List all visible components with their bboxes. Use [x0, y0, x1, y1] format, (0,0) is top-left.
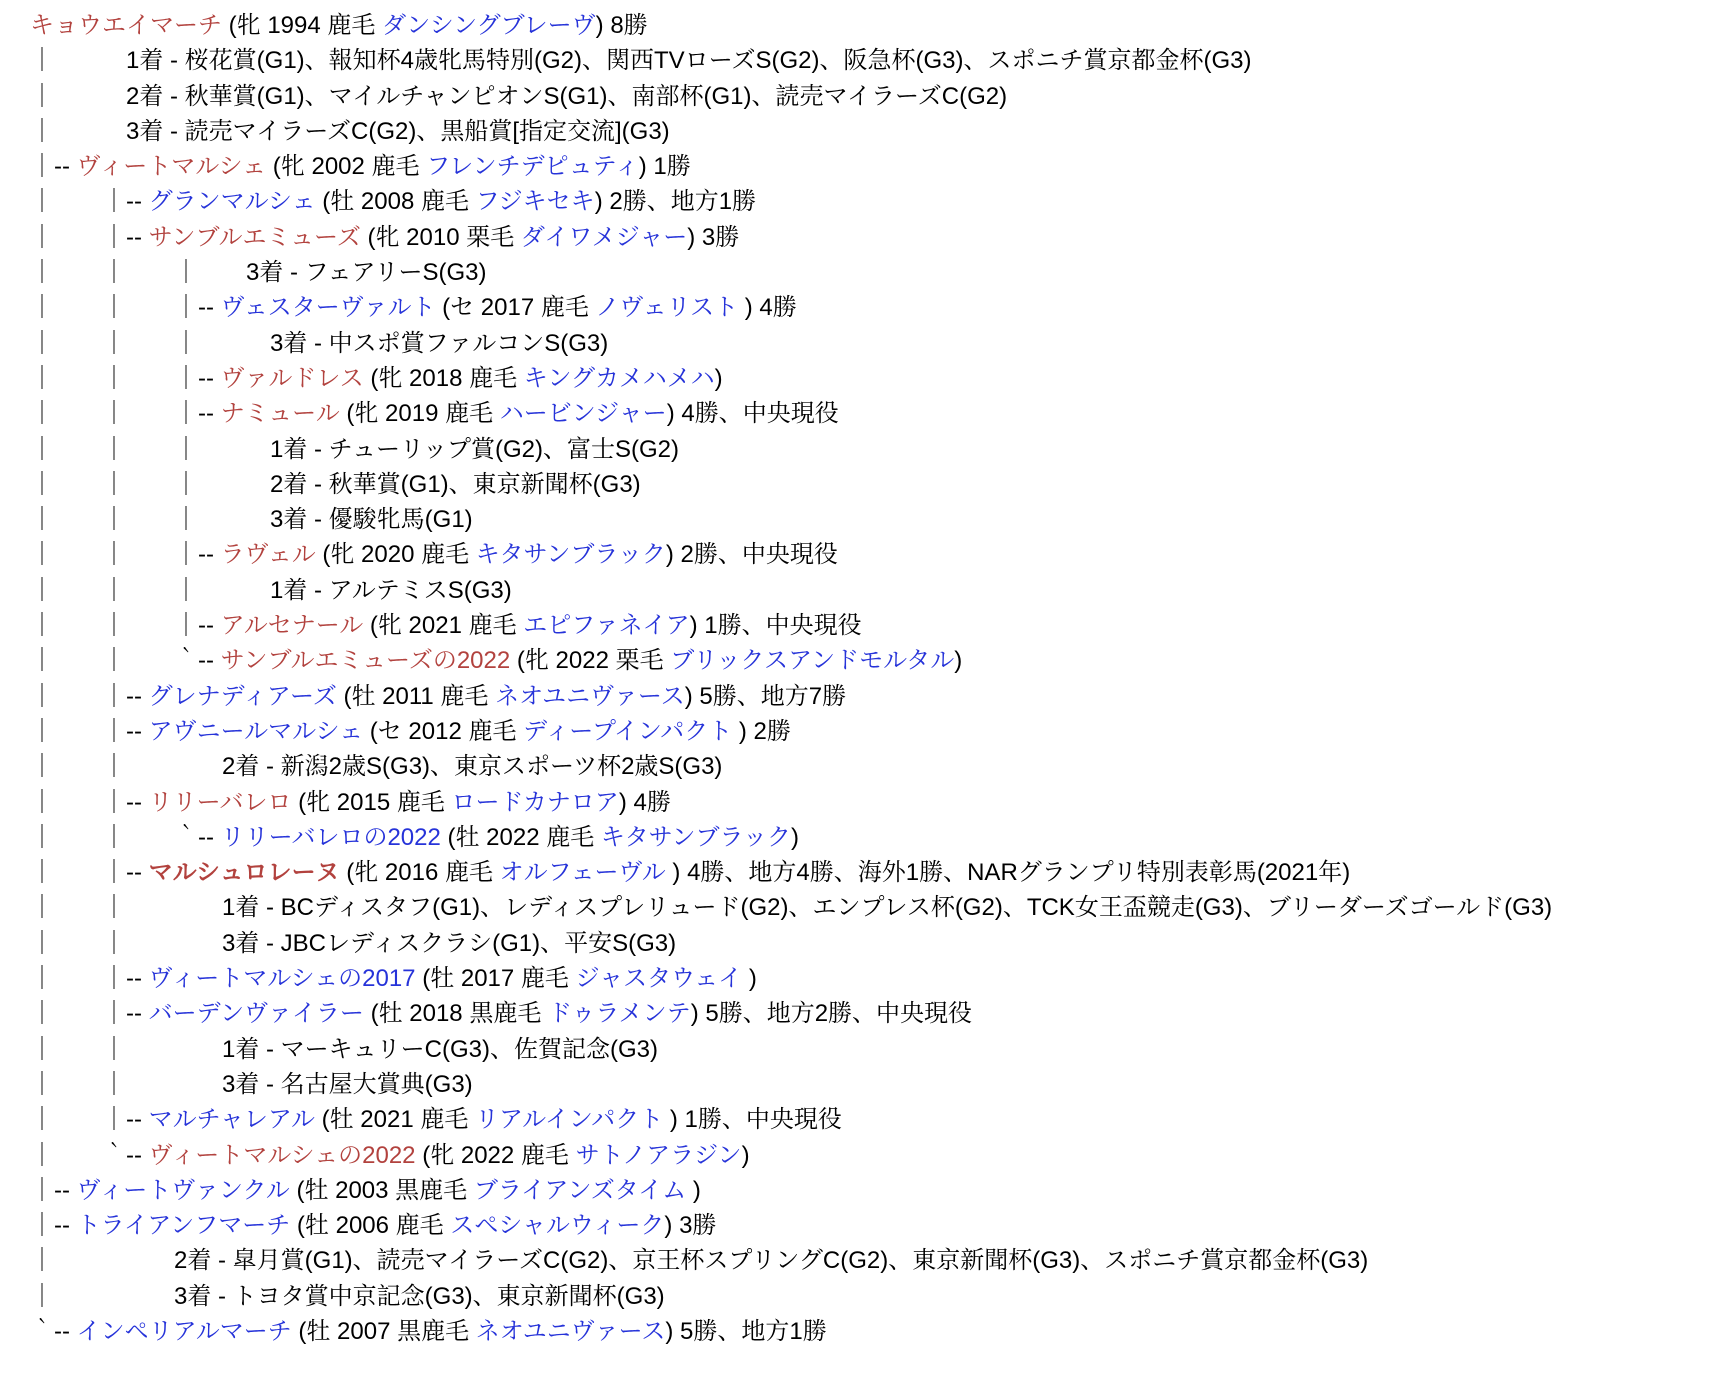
- tree-prefix: ｜ ｜--: [30, 1106, 149, 1133]
- horse-details: (牝 2022 鹿毛: [416, 1142, 576, 1169]
- horse-redlink[interactable]: ラヴェル: [221, 541, 316, 568]
- horse-link[interactable]: ネオユニヴァース: [476, 1318, 666, 1345]
- horse-details: ): [686, 1177, 701, 1204]
- horse-link[interactable]: インペリアルマーチ: [77, 1318, 292, 1345]
- pedigree-horse-line: ｜ ｜ ｜-- ヴァルドレス (牝 2018 鹿毛 キングカメハメハ): [30, 361, 1734, 396]
- horse-details: ) 1勝: [639, 153, 691, 180]
- pedigree-result-line: ｜ ｜ 3着 - JBCレディスクラシ(G1)、平安S(G3): [30, 926, 1734, 961]
- tree-prefix: ｜ ｜: [30, 753, 222, 780]
- horse-details: ): [742, 965, 757, 992]
- tree-prefix: ｜ ｜ ｜--: [30, 365, 221, 392]
- horse-details: ): [742, 1142, 750, 1169]
- horse-link[interactable]: ダンシングブレーヴ: [382, 12, 596, 39]
- pedigree-horse-line: ｜-- トライアンフマーチ (牡 2006 鹿毛 スペシャルウィーク) 3勝: [30, 1208, 1734, 1243]
- pedigree-horse-line: ｜ ｜ ｜-- ラヴェル (牝 2020 鹿毛 キタサンブラック) 2勝、中央現…: [30, 537, 1734, 572]
- horse-link[interactable]: ネオユニヴァース: [495, 683, 685, 710]
- horse-details: (牝 2019 鹿毛: [340, 400, 500, 427]
- pedigree-horse-line: ｜ ｜-- バーデンヴァイラー (牡 2018 黒鹿毛 ドゥラメンテ) 5勝、地…: [30, 996, 1734, 1031]
- pedigree-result-line: ｜ 2着 - 皐月賞(G1)、読売マイラーズC(G2)、京王杯スプリングC(G2…: [30, 1243, 1734, 1278]
- tree-prefix: ｜: [30, 1283, 174, 1310]
- horse-link[interactable]: キタサンブラック: [476, 541, 666, 568]
- tree-prefix: ｜--: [30, 1212, 77, 1239]
- horse-redlink[interactable]: リリーバレロ: [149, 789, 292, 816]
- tree-prefix: ｜ ｜--: [30, 1000, 149, 1027]
- horse-details: ): [791, 824, 799, 851]
- tree-prefix: ｜--: [30, 153, 77, 180]
- horse-details: ) 3勝: [687, 224, 739, 251]
- horse-link[interactable]: ハービンジャー: [500, 400, 667, 427]
- pedigree-horse-line: ｜-- ヴィートマルシェ (牝 2002 鹿毛 フレンチデピュティ) 1勝: [30, 149, 1734, 184]
- horse-redlink[interactable]: キョウエイマーチ: [30, 12, 222, 39]
- horse-link[interactable]: ノヴェリスト: [596, 294, 739, 321]
- horse-details: ) 4勝、中央現役: [667, 400, 839, 427]
- horse-link[interactable]: ドゥラメンテ: [548, 1000, 691, 1027]
- pedigree-result-line: ｜ 3着 - トヨタ賞中京記念(G3)、東京新聞杯(G3): [30, 1279, 1734, 1314]
- pedigree-horse-line: ｜ ｜ ｜-- アルセナール (牝 2021 鹿毛 エピファネイア) 1勝、中央…: [30, 608, 1734, 643]
- horse-details: (セ 2012 鹿毛: [363, 718, 523, 745]
- horse-details: ) 8勝: [596, 12, 648, 39]
- horse-link[interactable]: グランマルシェ: [149, 188, 316, 215]
- horse-details: (牡 2011 鹿毛: [337, 683, 495, 710]
- horse-details: ) 1勝、中央現役: [690, 612, 862, 639]
- pedigree-horse-line: ｜ ｜ ｀-- リリーバレロの2022 (牡 2022 鹿毛 キタサンブラック): [30, 820, 1734, 855]
- tree-prefix: ｜ ｜ ｜: [30, 330, 270, 357]
- pedigree-result-line: ｜ 1着 - 桜花賞(G1)、報知杯4歳牝馬特別(G2)、関西TVローズS(G2…: [30, 43, 1734, 78]
- horse-link[interactable]: キングカメハメハ: [524, 365, 715, 392]
- horse-details: ) 4勝: [619, 789, 671, 816]
- horse-details: (牡 2022 鹿毛: [441, 824, 601, 851]
- tree-prefix: ｜ ｜ ｜: [30, 506, 270, 533]
- horse-link[interactable]: ジャスタウェイ: [576, 965, 743, 992]
- race-results: 3着 - 優駿牝馬(G1): [270, 506, 473, 533]
- horse-details: (牡 2021 鹿毛: [315, 1106, 475, 1133]
- horse-link[interactable]: フジキセキ: [476, 188, 595, 215]
- pedigree-result-line: ｜ ｜ ｜ 2着 - 秋華賞(G1)、東京新聞杯(G3): [30, 467, 1734, 502]
- family-tree: キョウエイマーチ (牝 1994 鹿毛 ダンシングブレーヴ) 8勝｜ 1着 - …: [30, 8, 1734, 1349]
- tree-prefix: ｜ ｜--: [30, 224, 149, 251]
- horse-details: (牡 2006 鹿毛: [290, 1212, 450, 1239]
- race-results: 3着 - 名古屋大賞典(G3): [222, 1071, 473, 1098]
- tree-prefix: ｜ ｜ ｀--: [30, 647, 221, 674]
- horse-redlink[interactable]: アルセナール: [221, 612, 364, 639]
- horse-link[interactable]: リアルインパクト: [475, 1106, 663, 1133]
- pedigree-result-line: ｜ ｜ 1着 - BCディスタフ(G1)、レディスプレリュード(G2)、エンプレ…: [30, 890, 1734, 925]
- tree-prefix: ｜ ｜ ｜: [30, 436, 270, 463]
- horse-link[interactable]: リリーバレロの2022: [221, 824, 441, 851]
- tree-prefix: ｜: [30, 83, 126, 110]
- horse-details: (牝 2021 鹿毛: [363, 612, 523, 639]
- tree-prefix: ｜ ｜ ｜--: [30, 612, 221, 639]
- tree-prefix: ｜ ｜ ｜--: [30, 541, 221, 568]
- tree-prefix: ｜ ｜: [30, 930, 222, 957]
- pedigree-result-line: ｜ ｜ ｜ 3着 - フェアリーS(G3): [30, 255, 1734, 290]
- horse-details: (牡 2018 黒鹿毛: [364, 1000, 548, 1027]
- horse-redlink[interactable]: サンブルエミューズの2022: [221, 647, 511, 674]
- race-results: 1着 - BCディスタフ(G1)、レディスプレリュード(G2)、エンプレス杯(G…: [222, 894, 1552, 921]
- race-results: 3着 - JBCレディスクラシ(G1)、平安S(G3): [222, 930, 676, 957]
- tree-prefix: ｜ ｀--: [30, 1142, 149, 1169]
- race-results: 2着 - 秋華賞(G1)、東京新聞杯(G3): [270, 471, 641, 498]
- pedigree-result-line: ｜ ｜ 1着 - マーキュリーC(G3)、佐賀記念(G3): [30, 1032, 1734, 1067]
- tree-prefix: ｜ ｜: [30, 894, 222, 921]
- horse-redlink[interactable]: マルシュロレーヌ: [149, 859, 340, 886]
- tree-prefix: ｀--: [30, 1318, 77, 1345]
- horse-details: ): [954, 647, 962, 674]
- horse-details: ) 4勝、地方4勝、海外1勝、NARグランプリ特別表彰馬(2021年): [666, 859, 1350, 886]
- pedigree-horse-line: ｜ ｜-- グレナディアーズ (牡 2011 鹿毛 ネオユニヴァース) 5勝、地…: [30, 679, 1734, 714]
- horse-details: (牝 2018 鹿毛: [364, 365, 524, 392]
- tree-prefix: ｜--: [30, 1177, 77, 1204]
- horse-details: (牝 2010 栗毛: [361, 224, 521, 251]
- horse-link[interactable]: ダイワメジャー: [521, 224, 687, 251]
- tree-prefix: ｜ ｜--: [30, 718, 149, 745]
- horse-details: (牡 2007 黒鹿毛: [292, 1318, 476, 1345]
- horse-link[interactable]: アヴニールマルシェ: [149, 718, 363, 745]
- horse-link[interactable]: エピファネイア: [523, 612, 689, 639]
- tree-prefix: ｜: [30, 47, 126, 74]
- horse-link[interactable]: ブライアンズタイム: [474, 1177, 686, 1204]
- horse-link[interactable]: キタサンブラック: [601, 824, 791, 851]
- pedigree-horse-line: ｜ ｜-- マルチャレアル (牡 2021 鹿毛 リアルインパクト ) 1勝、中…: [30, 1102, 1734, 1137]
- horse-redlink[interactable]: ナミュール: [221, 400, 340, 427]
- pedigree-result-line: ｜ ｜ ｜ 1着 - アルテミスS(G3): [30, 573, 1734, 608]
- horse-details: ) 1勝、中央現役: [663, 1106, 842, 1133]
- horse-link[interactable]: ディープインパクト: [523, 718, 732, 745]
- pedigree-horse-line: ｜ ｀-- ヴィートマルシェの2022 (牝 2022 鹿毛 サトノアラジン): [30, 1138, 1734, 1173]
- race-results: 3着 - 読売マイラーズC(G2)、黒船賞[指定交流](G3): [126, 118, 670, 145]
- race-results: 1着 - アルテミスS(G3): [270, 577, 512, 604]
- horse-details: (牝 2020 鹿毛: [316, 541, 476, 568]
- horse-redlink[interactable]: ヴィートマルシェ: [77, 153, 266, 180]
- tree-prefix: ｜: [30, 118, 126, 145]
- page: { "colors": { "link": "#2633d9", "redlin…: [0, 0, 1734, 1390]
- tree-prefix: ｜ ｜ ｜: [30, 471, 270, 498]
- tree-prefix: ｜ ｜--: [30, 859, 149, 886]
- pedigree-horse-line: ｜ ｜-- サンブルエミューズ (牝 2010 栗毛 ダイワメジャー) 3勝: [30, 220, 1734, 255]
- horse-link[interactable]: ヴィートマルシェの2017: [149, 965, 416, 992]
- horse-link[interactable]: ヴィートヴァンクル: [77, 1177, 290, 1204]
- horse-details: (牝 1994 鹿毛: [222, 12, 382, 39]
- tree-prefix: ｜ ｜--: [30, 683, 149, 710]
- pedigree-horse-line: ｜ ｜-- マルシュロレーヌ (牝 2016 鹿毛 オルフェーヴル ) 4勝、地…: [30, 855, 1734, 890]
- pedigree-result-line: ｜ ｜ ｜ 3着 - 中スポ賞ファルコンS(G3): [30, 326, 1734, 361]
- tree-prefix: ｜ ｜--: [30, 965, 149, 992]
- horse-link[interactable]: スペシャルウィーク: [450, 1212, 664, 1239]
- race-results: 3着 - フェアリーS(G3): [246, 259, 487, 286]
- horse-redlink[interactable]: ヴァルドレス: [221, 365, 364, 392]
- race-results: 2着 - 秋華賞(G1)、マイルチャンピオンS(G1)、南部杯(G1)、読売マイ…: [126, 83, 1007, 110]
- tree-prefix: ｜ ｜ ｜: [30, 577, 270, 604]
- horse-details: ) 3勝: [664, 1212, 716, 1239]
- pedigree-horse-line: ｜ ｜-- ヴィートマルシェの2017 (牡 2017 鹿毛 ジャスタウェイ ): [30, 961, 1734, 996]
- horse-link[interactable]: ロードカナロア: [452, 789, 619, 816]
- pedigree-horse-line: ｜ ｜-- グランマルシェ (牡 2008 鹿毛 フジキセキ) 2勝、地方1勝: [30, 184, 1734, 219]
- horse-link[interactable]: サトノアラジン: [576, 1142, 742, 1169]
- horse-link[interactable]: トライアンフマーチ: [77, 1212, 291, 1239]
- horse-link[interactable]: ヴェスターヴァルト: [221, 294, 436, 321]
- horse-details: (牡 2008 鹿毛: [316, 188, 476, 215]
- horse-redlink[interactable]: サンブルエミューズ: [149, 224, 361, 251]
- pedigree-horse-line: ｀-- インペリアルマーチ (牡 2007 黒鹿毛 ネオユニヴァース) 5勝、地…: [30, 1314, 1734, 1349]
- horse-details: ) 5勝、地方1勝: [665, 1318, 826, 1345]
- race-results: 2着 - 新潟2歳S(G3)、東京スポーツ杯2歳S(G3): [222, 753, 722, 780]
- race-results: 1着 - マーキュリーC(G3)、佐賀記念(G3): [222, 1036, 658, 1063]
- horse-redlink[interactable]: ヴィートマルシェの2022: [149, 1142, 416, 1169]
- race-results: 3着 - トヨタ賞中京記念(G3)、東京新聞杯(G3): [174, 1283, 665, 1310]
- race-results: 2着 - 皐月賞(G1)、読売マイラーズC(G2)、京王杯スプリングC(G2)、…: [174, 1247, 1368, 1274]
- horse-details: ) 5勝、地方7勝: [685, 683, 846, 710]
- horse-details: (牡 2003 黒鹿毛: [290, 1177, 474, 1204]
- tree-prefix: ｜ ｜ ｜--: [30, 294, 221, 321]
- pedigree-result-line: ｜ 3着 - 読売マイラーズC(G2)、黒船賞[指定交流](G3): [30, 114, 1734, 149]
- pedigree-result-line: ｜ ｜ ｜ 3着 - 優駿牝馬(G1): [30, 502, 1734, 537]
- pedigree-horse-line: キョウエイマーチ (牝 1994 鹿毛 ダンシングブレーヴ) 8勝: [30, 8, 1734, 43]
- pedigree-horse-line: ｜ ｜ ｜-- ヴェスターヴァルト (セ 2017 鹿毛 ノヴェリスト ) 4勝: [30, 290, 1734, 325]
- horse-details: (牝 2015 鹿毛: [291, 789, 451, 816]
- pedigree-horse-line: ｜ ｜ ｀-- サンブルエミューズの2022 (牝 2022 栗毛 ブリックスア…: [30, 643, 1734, 678]
- pedigree-result-line: ｜ 2着 - 秋華賞(G1)、マイルチャンピオンS(G1)、南部杯(G1)、読売…: [30, 79, 1734, 114]
- horse-details: (牝 2002 鹿毛: [266, 153, 426, 180]
- tree-prefix: ｜ ｜--: [30, 188, 149, 215]
- tree-prefix: ｜ ｜ ｜--: [30, 400, 221, 427]
- horse-details: ) 4勝: [738, 294, 797, 321]
- tree-prefix: ｜ ｜: [30, 1071, 222, 1098]
- pedigree-result-line: ｜ ｜ 3着 - 名古屋大賞典(G3): [30, 1067, 1734, 1102]
- horse-link[interactable]: オルフェーヴル: [500, 859, 666, 886]
- tree-prefix: ｜ ｜ ｜: [30, 259, 246, 286]
- horse-details: ) 2勝、中央現役: [666, 541, 838, 568]
- horse-details: ): [715, 365, 723, 392]
- horse-details: ) 2勝、地方1勝: [595, 188, 756, 215]
- horse-details: (牝 2016 鹿毛: [340, 859, 500, 886]
- pedigree-horse-line: ｜-- ヴィートヴァンクル (牡 2003 黒鹿毛 ブライアンズタイム ): [30, 1173, 1734, 1208]
- horse-details: (セ 2017 鹿毛: [435, 294, 595, 321]
- tree-prefix: ｜: [30, 1247, 174, 1274]
- horse-link[interactable]: グレナディアーズ: [149, 683, 337, 710]
- horse-link[interactable]: ブリックスアンドモルタル: [670, 647, 954, 674]
- race-results: 1着 - チューリップ賞(G2)、富士S(G2): [270, 436, 679, 463]
- tree-prefix: ｜ ｜--: [30, 789, 149, 816]
- tree-prefix: ｜ ｜ ｀--: [30, 824, 221, 851]
- pedigree-horse-line: ｜ ｜-- アヴニールマルシェ (セ 2012 鹿毛 ディープインパクト ) 2…: [30, 714, 1734, 749]
- horse-link[interactable]: バーデンヴァイラー: [149, 1000, 364, 1027]
- horse-details: ) 5勝、地方2勝、中央現役: [691, 1000, 972, 1027]
- race-results: 1着 - 桜花賞(G1)、報知杯4歳牝馬特別(G2)、関西TVローズS(G2)、…: [126, 47, 1252, 74]
- pedigree-result-line: ｜ ｜ ｜ 1着 - チューリップ賞(G2)、富士S(G2): [30, 432, 1734, 467]
- horse-details: (牡 2017 鹿毛: [416, 965, 576, 992]
- horse-link[interactable]: フレンチデピュティ: [426, 153, 639, 180]
- pedigree-horse-line: ｜ ｜-- リリーバレロ (牝 2015 鹿毛 ロードカナロア) 4勝: [30, 785, 1734, 820]
- tree-prefix: ｜ ｜: [30, 1036, 222, 1063]
- horse-link[interactable]: マルチャレアル: [149, 1106, 315, 1133]
- race-results: 3着 - 中スポ賞ファルコンS(G3): [270, 330, 608, 357]
- horse-details: (牝 2022 栗毛: [510, 647, 670, 674]
- horse-details: ) 2勝: [732, 718, 791, 745]
- pedigree-horse-line: ｜ ｜ ｜-- ナミュール (牝 2019 鹿毛 ハービンジャー) 4勝、中央現…: [30, 396, 1734, 431]
- pedigree-result-line: ｜ ｜ 2着 - 新潟2歳S(G3)、東京スポーツ杯2歳S(G3): [30, 749, 1734, 784]
